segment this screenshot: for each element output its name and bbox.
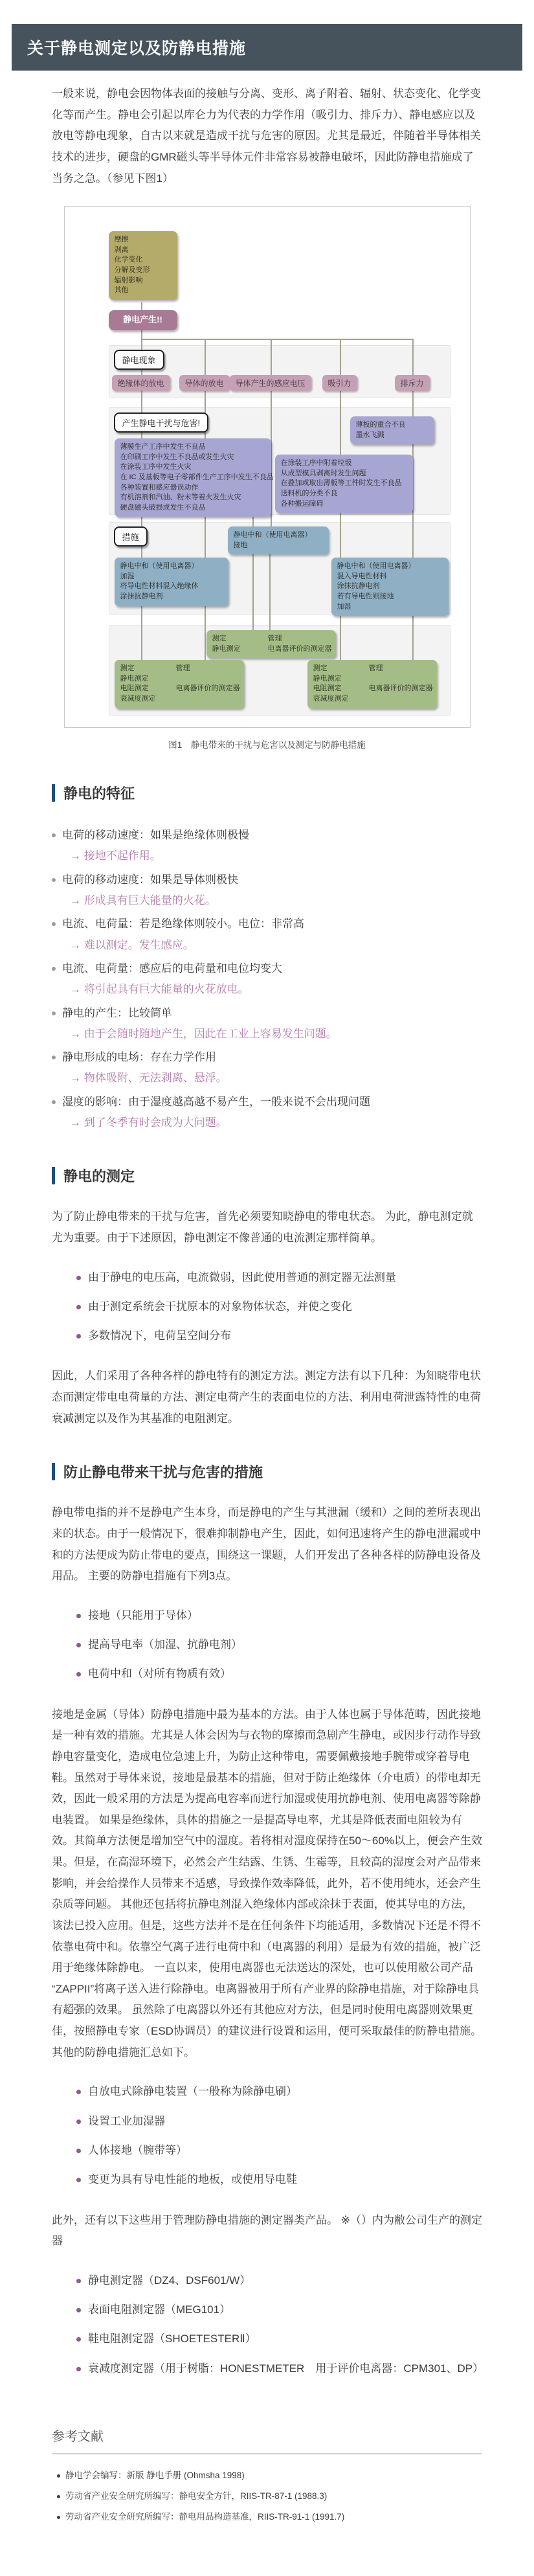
hazard-item: 各种搬运障碍 [281, 499, 407, 510]
hazard-item: 在涂装工序中发生火灾 [120, 462, 265, 473]
hazard-item: 在叠加或取出薄板等工件时发生不良品 [281, 479, 407, 489]
feature-text: 湿度的影响：由于湿度越高越不易产生，一般来说不会出现问题 [62, 1092, 370, 1113]
bullet-dot [76, 2279, 81, 2283]
feature-consequence: → 将引起具有巨大能量的火花放电。 [70, 979, 482, 1000]
bullet-dot [76, 2367, 81, 2371]
management-box-right: 测定 管理 静电测定 电阻测定 电离器评价的测定器 衰减度测定 [307, 660, 437, 708]
feature-item: 电流、电荷量：感应后的电荷量和电位均变大 → 将引起具有巨大能量的火花放电。 [52, 958, 482, 1000]
intro-paragraph: 一般来说，静电会因物体表面的接触与分离、变形、离子附着、辐射、状态变化、化学变化… [52, 84, 482, 189]
hazard-item: 有机溶剂和汽油、粉末等着火发生火灾 [120, 493, 265, 503]
management-row: 电阻测定 电离器评价的测定器 [313, 684, 431, 694]
management-row: 静电测定 [120, 674, 238, 684]
bullet-dot [52, 833, 56, 837]
measures-label: 措施 [114, 526, 148, 547]
feature-text: 电荷的移动速度：如果是绝缘体则极慢 [62, 825, 249, 846]
article-body: 一般来说，静电会因物体表面的接触与分离、变形、离子附着、辐射、状态变化、化学变化… [0, 84, 534, 2576]
hazard-item: 薄板的重合不良 [356, 420, 428, 431]
figure1: 摩擦剥离化学变化分解及变形辐射影响其他 静电产生!! 静电现象 绝缘体的放电 导… [52, 206, 482, 751]
bullet-dot [76, 1334, 81, 1339]
bullet-dot [52, 878, 56, 882]
feature-consequence: → 到了冬季有时会成为大问题。 [70, 1113, 482, 1133]
bullet-dot [52, 967, 56, 971]
hazard-item: 从成型模具剥离时发生问题 [281, 469, 407, 479]
bullet-dot [52, 1011, 56, 1015]
hazards-label: 产生静电干扰与危害! [114, 412, 209, 433]
measure-item: 接地 [234, 541, 323, 551]
hazard-box-middle: 在涂装工序中附着垃圾从成型模具剥离时发生问题在叠加或取出薄板等工件时发生不良品送… [275, 455, 413, 513]
list-item: 变更为具有导电性能的地板，或使用导电鞋 [76, 2169, 482, 2190]
page-header: 关于静电测定以及防静电措施 [12, 24, 522, 71]
hazard-item: 硬盘磁头破损或发生不良品 [120, 503, 265, 514]
feature-consequence: → 物体吸附、无法剥离、悬浮。 [70, 1068, 482, 1089]
phenomenon-box: 排斥力 [394, 375, 429, 391]
measure-item: 静电中和（使用电离器） [337, 561, 443, 572]
causes-box: 摩擦剥离化学变化分解及变形辐射影响其他 [109, 231, 177, 300]
list-item: 鞋电阻测定器（SHOETESTERⅡ） [76, 2329, 482, 2349]
bullet-dot [57, 2516, 60, 2519]
list-item: 提高导电率（加湿、抗静电剂） [76, 1634, 482, 1655]
cause-item: 其他 [115, 286, 172, 296]
section-heading-prevention: 防止静电带来干扰与危害的措施 [52, 1462, 482, 1482]
management-row: 测定 管理 [212, 634, 330, 644]
feature-item: 电荷的移动速度：如果是导体则极快 → 形成具有巨大能量的火花。 [52, 870, 482, 912]
list-item: 接地（只能用于导体） [76, 1605, 482, 1626]
list-item: 表面电阻测定器（MEG101） [76, 2299, 482, 2320]
key-measures-list: 接地（只能用于导体） 提高导电率（加湿、抗静电剂） 电荷中和（对所有物质有效） [76, 1605, 482, 1685]
section-accent-bar [52, 1463, 55, 1480]
page-title: 关于静电测定以及防静电措施 [27, 36, 246, 59]
measure-item: 静电中和（使用电离器） [120, 561, 223, 572]
feature-text: 电流、电荷量：若是绝缘体则较小。电位：非常高 [62, 914, 304, 934]
management-row: 衰减度测定 [313, 694, 431, 705]
measure-item: 加湿 [337, 602, 443, 613]
prevention-paragraph-1: 静电带电指的并不是静电产生本身，而是静电的产生与其泄漏（缓和）之间的差所表现出来… [52, 1502, 482, 1587]
measure-item: 将导电性材料混入绝缘体 [120, 582, 223, 592]
feature-text: 电流、电荷量：感应后的电荷量和电位均变大 [62, 958, 282, 979]
section-accent-bar [52, 1167, 55, 1184]
list-item: 衰减度测定器（用于树脂：HONESTMETER 用于评价电离器：CPM301、D… [76, 2358, 482, 2379]
prevention-paragraph-2: 接地是金属（导体）防静电措施中最为基本的方法。由于人体也属于导体范畴，因此接地是… [52, 1704, 482, 2064]
cause-item: 化学变化 [115, 255, 172, 266]
list-item: 电荷中和（对所有物质有效） [76, 1664, 482, 1684]
management-row: 电阻测定 电离器评价的测定器 [120, 684, 238, 694]
static-generation-box: 静电产生!! [109, 310, 177, 330]
measurement-paragraph-2: 因此，人们采用了各种各样的静电特有的测定方法。测定方法有以下几种：为知晓带电状态… [52, 1366, 482, 1429]
cause-item: 摩擦 [115, 235, 172, 245]
bullet-dot [76, 2149, 81, 2153]
references-list: 静电学会编写：新版 静电手册 (Ohmsha 1998) 劳动省产业安全研究所编… [57, 2469, 482, 2525]
features-list: 电荷的移动速度：如果是绝缘体则极慢 → 接地不起作用。 电荷的移动速度：如果是导… [52, 825, 482, 1133]
reference-item: 静电学会编写：新版 静电手册 (Ohmsha 1998) [57, 2469, 482, 2483]
feature-item: 湿度的影响：由于湿度越高越不易产生，一般来说不会出现问题 → 到了冬季有时会成为… [52, 1092, 482, 1134]
management-row: 静电测定 [313, 674, 431, 684]
section-heading-measurement: 静电的测定 [52, 1166, 482, 1186]
bullet-dot [76, 2308, 81, 2312]
hazard-item: 在印刷工序中发生不良品或发生火灾 [120, 453, 265, 463]
phenomenon-box: 吸引力 [322, 375, 357, 391]
management-row: 衰减度测定 [120, 694, 238, 705]
management-box-left: 测定 管理 静电测定 电阻测定 电离器评价的测定器 衰减度测定 [115, 660, 244, 708]
measure-item: 涂抹抗静电剂 [337, 582, 443, 592]
phenomenon-box: 导体产生的感应电压 [229, 375, 311, 391]
feature-item: 电荷的移动速度：如果是绝缘体则极慢 → 接地不起作用。 [52, 825, 482, 867]
connector-line [269, 552, 271, 631]
bullet-dot [76, 1643, 81, 1647]
cause-item: 剥离 [115, 245, 172, 256]
measure-item: 涂抹抗静电剂 [120, 592, 223, 602]
bullet-dot [57, 2474, 60, 2478]
feature-text: 静电的产生：比较简单 [62, 1003, 172, 1024]
bullet-dot [76, 1276, 81, 1280]
hazard-item: 墨水飞溅 [356, 431, 428, 441]
measure-item: 静电中和（使用电离器） [234, 530, 323, 541]
products-list: 静电测定器（DZ4、DSF601/W） 表面电阻测定器（MEG101） 鞋电阻测… [76, 2270, 482, 2379]
figure1-caption: 图1 静电带来的干扰与危害以及测定与防静电措施 [52, 738, 482, 751]
feature-consequence: → 形成具有巨大能量的火花。 [70, 890, 482, 911]
feature-consequence: → 由于会随时随地产生，因此在工业上容易发生问题。 [70, 1024, 482, 1045]
feature-consequence: → 难以测定。发生感应。 [70, 935, 482, 956]
bullet-dot [52, 1100, 56, 1104]
hazard-item: 送料机的分类不良 [281, 489, 407, 499]
management-box-top: 测定 管理 静电测定 电离器评价的测定器 [206, 630, 336, 658]
hazard-item: 薄膜生产工序中发生不良品 [120, 442, 265, 453]
feature-item: 电流、电荷量：若是绝缘体则较小。电位：非常高 → 难以测定。发生感应。 [52, 914, 482, 956]
feature-text: 静电形成的电场：存在力学作用 [62, 1047, 216, 1068]
hazard-item: 在涂装工序中附着垃圾 [281, 458, 407, 469]
bullet-dot [52, 1056, 56, 1059]
static-electricity-diagram: 摩擦剥离化学变化分解及变形辐射影响其他 静电产生!! 静电现象 绝缘体的放电 导… [65, 207, 470, 727]
measurement-paragraph-1: 为了防止静电带来的干扰与危害，首先必须要知晓静电的带电状态。 为此，静电测定就尤… [52, 1206, 482, 1248]
management-row: 测定 管理 [120, 664, 238, 674]
bullet-dot [76, 1305, 81, 1309]
list-item: 设置工业加湿器 [76, 2111, 482, 2132]
section-heading-features: 静电的特征 [52, 783, 482, 803]
measurement-reasons-list: 由于静电的电压高，电流微弱，因此使用普通的测定器无法测量 由于测定系统会干扰原本… [76, 1267, 482, 1347]
hazard-item: 各种装置和感应器误动作 [120, 483, 265, 493]
feature-item: 静电形成的电场：存在力学作用 → 物体吸附、无法剥离、悬浮。 [52, 1047, 482, 1089]
bullet-dot [76, 2337, 81, 2342]
bullet-dot [76, 1614, 81, 1618]
hazard-box-left: 薄膜生产工序中发生不良品在印刷工序中发生不良品或发生火灾在涂装工序中发生火灾在 … [115, 438, 271, 517]
bullet-dot [76, 2119, 81, 2124]
feature-item: 静电的产生：比较简单 → 由于会随时随地产生，因此在工业上容易发生问题。 [52, 1003, 482, 1045]
phenomenon-box: 导体的放电 [179, 375, 229, 391]
cause-item: 分解及变形 [115, 266, 172, 276]
management-row: 测定 管理 [313, 664, 431, 674]
list-item: 静电测定器（DZ4、DSF601/W） [76, 2270, 482, 2291]
bullet-dot [57, 2495, 60, 2498]
other-measures-list: 自放电式除静电装置（一般称为除静电刷） 设置工业加湿器 人体接地（腕带等） 变更… [76, 2081, 482, 2190]
measure-item: 混入导电性材料 [337, 572, 443, 582]
connector-line [141, 339, 414, 340]
list-item: 多数情况下，电荷呈空间分布 [76, 1326, 482, 1346]
reference-item: 劳动省产业安全研究所编写：静电安全方针，RIIS-TR-87-1 (1988.3… [57, 2489, 482, 2504]
figure1-image: 摩擦剥离化学变化分解及变形辐射影响其他 静电产生!! 静电现象 绝缘体的放电 导… [64, 206, 471, 728]
bullet-dot [76, 1672, 81, 1677]
list-item: 自放电式除静电装置（一般称为除静电刷） [76, 2081, 482, 2102]
measure-item: 加湿 [120, 572, 223, 582]
list-item: 由于测定系统会干扰原本的对象物体状态，并使之变化 [76, 1296, 482, 1317]
hazard-box-right: 薄板的重合不良墨水飞溅 [350, 416, 434, 444]
references-heading: 参考文献 [52, 2426, 482, 2454]
list-item: 由于静电的电压高，电流微弱，因此使用普通的测定器无法测量 [76, 1267, 482, 1288]
bullet-dot [76, 2178, 81, 2182]
cause-item: 辐射影响 [115, 276, 172, 286]
phenomenon-box: 绝缘体的放电 [111, 375, 170, 391]
measure-box-top: 静电中和（使用电离器）接地 [228, 526, 329, 554]
bullet-dot [76, 2090, 81, 2094]
measure-box-left: 静电中和（使用电离器）加湿将导电性材料混入绝缘体涂抹抗静电剂 [115, 558, 228, 605]
hazard-item: 在 IC 及基板等电子零部件生产工序中发生不良品 [120, 473, 265, 483]
phenomena-label: 静电现象 [114, 350, 164, 370]
measure-box-right: 静电中和（使用电离器）混入导电性材料涂抹抗静电剂若有导电性则接地加湿 [331, 558, 449, 616]
feature-text: 电荷的移动速度：如果是导体则极快 [62, 870, 238, 890]
management-row: 静电测定 电离器评价的测定器 [212, 644, 330, 655]
bullet-dot [52, 922, 56, 926]
list-item: 人体接地（腕带等） [76, 2140, 482, 2161]
prevention-paragraph-3: 此外，还有以下这些用于管理防静电措施的测定器类产品。 ※（）内为敝公司生产的测定… [52, 2210, 482, 2252]
feature-consequence: → 接地不起作用。 [70, 846, 482, 866]
reference-item: 劳动省产业安全研究所编写：静电用品构造基准，RIIS-TR-91-1 (1991… [57, 2510, 482, 2525]
section-accent-bar [52, 784, 55, 802]
measure-item: 若有导电性则接地 [337, 592, 443, 602]
